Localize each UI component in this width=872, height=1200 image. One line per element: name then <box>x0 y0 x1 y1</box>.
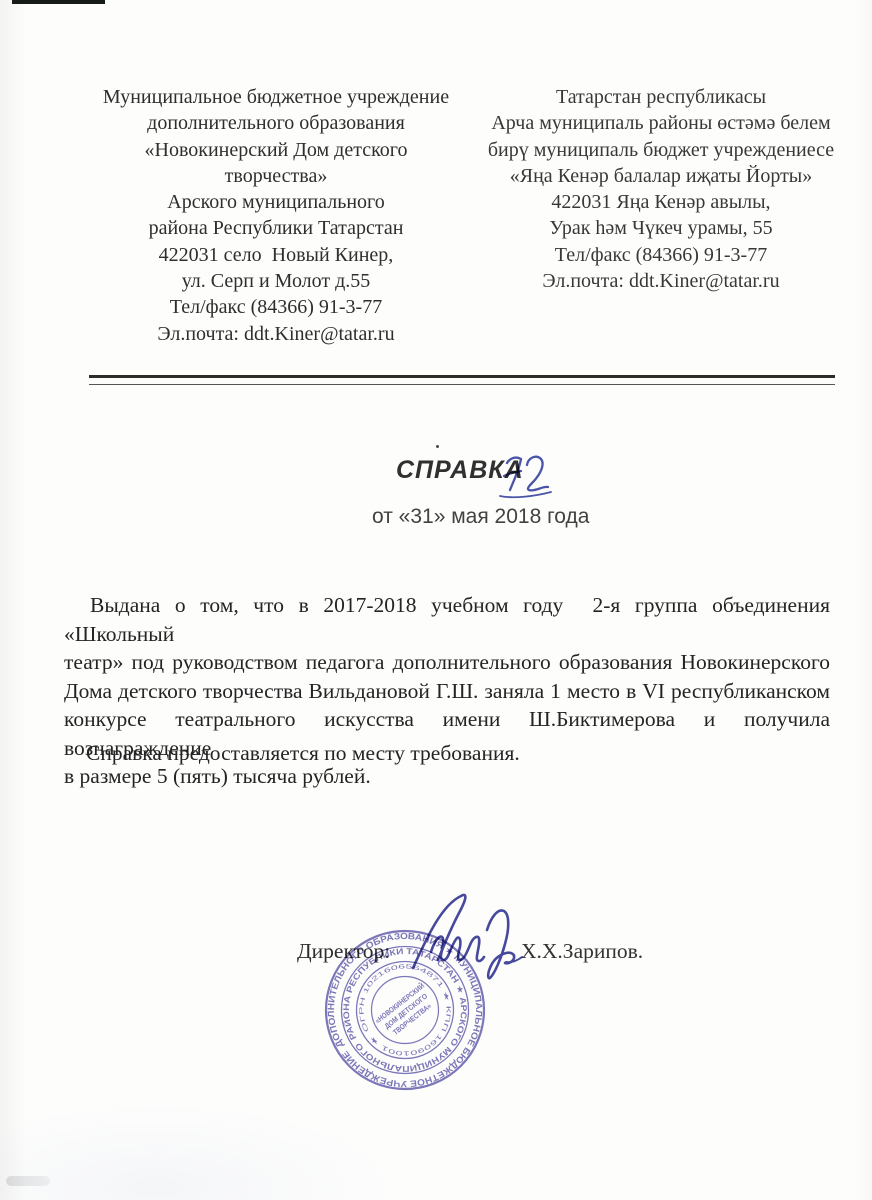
letterhead-line: 422031 село Новый Кинер, <box>66 242 486 268</box>
letterhead-russian: Муниципальное бюджетное учреждение допол… <box>66 84 486 347</box>
letterhead-divider-rule <box>89 375 835 385</box>
letterhead-line: дополнительного образования <box>66 110 486 136</box>
pen-strokes <box>500 457 551 497</box>
letterhead-line: бирү муниципаль бюджет учреждениесе <box>472 137 850 163</box>
letterhead-line: ул. Серп и Молот д.55 <box>66 268 486 294</box>
scan-artifact-bottom-smudge <box>6 1176 50 1186</box>
handwritten-number-72 <box>493 450 557 506</box>
note-paragraph: Справка предоставляется по месту требова… <box>64 739 830 767</box>
letterhead-line: Урак һәм Чүкеч урамы, 55 <box>472 215 850 241</box>
letterhead-line: 422031 Яңа Кенәр авылы, <box>472 189 850 215</box>
letterhead-line: Тел/факс (84366) 91-3-77 <box>472 242 850 268</box>
scan-artifact-dot <box>436 445 439 448</box>
letterhead-line: района Республики Татарстан <box>66 215 486 241</box>
director-signature <box>290 878 540 1008</box>
letterhead-line: Татарстан республикасы <box>472 84 850 110</box>
scan-artifact-top-bar <box>12 0 105 4</box>
letterhead-line: «Новокинерский Дом детского <box>66 137 486 163</box>
document-date: от «31» мая 2018 года <box>372 505 589 529</box>
letterhead-line: Муниципальное бюджетное учреждение <box>66 84 486 110</box>
letterhead-line: творчества» <box>66 163 486 189</box>
letterhead-line: Эл.почта: ddt.Kiner@tatar.ru <box>66 321 486 347</box>
letterhead-line: Эл.почта: ddt.Kiner@tatar.ru <box>472 268 850 294</box>
letterhead-tatar: Татарстан республикасы Арча муниципаль р… <box>472 84 850 294</box>
letterhead-line: Тел/факс (84366) 91-3-77 <box>66 294 486 320</box>
letterhead-line: Арча муниципаль районы өстәмә белем <box>472 110 850 136</box>
body-line: Выдана о том, что в 2017-2018 учебном го… <box>64 591 830 648</box>
letterhead-line: Арского муниципального <box>66 189 486 215</box>
signature-strokes <box>413 895 522 978</box>
body-line: Дома детского творчества Вильдановой Г.Ш… <box>64 677 830 706</box>
body-line: театр» под руководством педагога дополни… <box>64 648 830 677</box>
letterhead-line: «Яңа Кенәр балалар иҗаты Йорты» <box>472 163 850 189</box>
scanned-certificate-page: { "header": { "left": { "lines": [ "Муни… <box>0 0 872 1200</box>
